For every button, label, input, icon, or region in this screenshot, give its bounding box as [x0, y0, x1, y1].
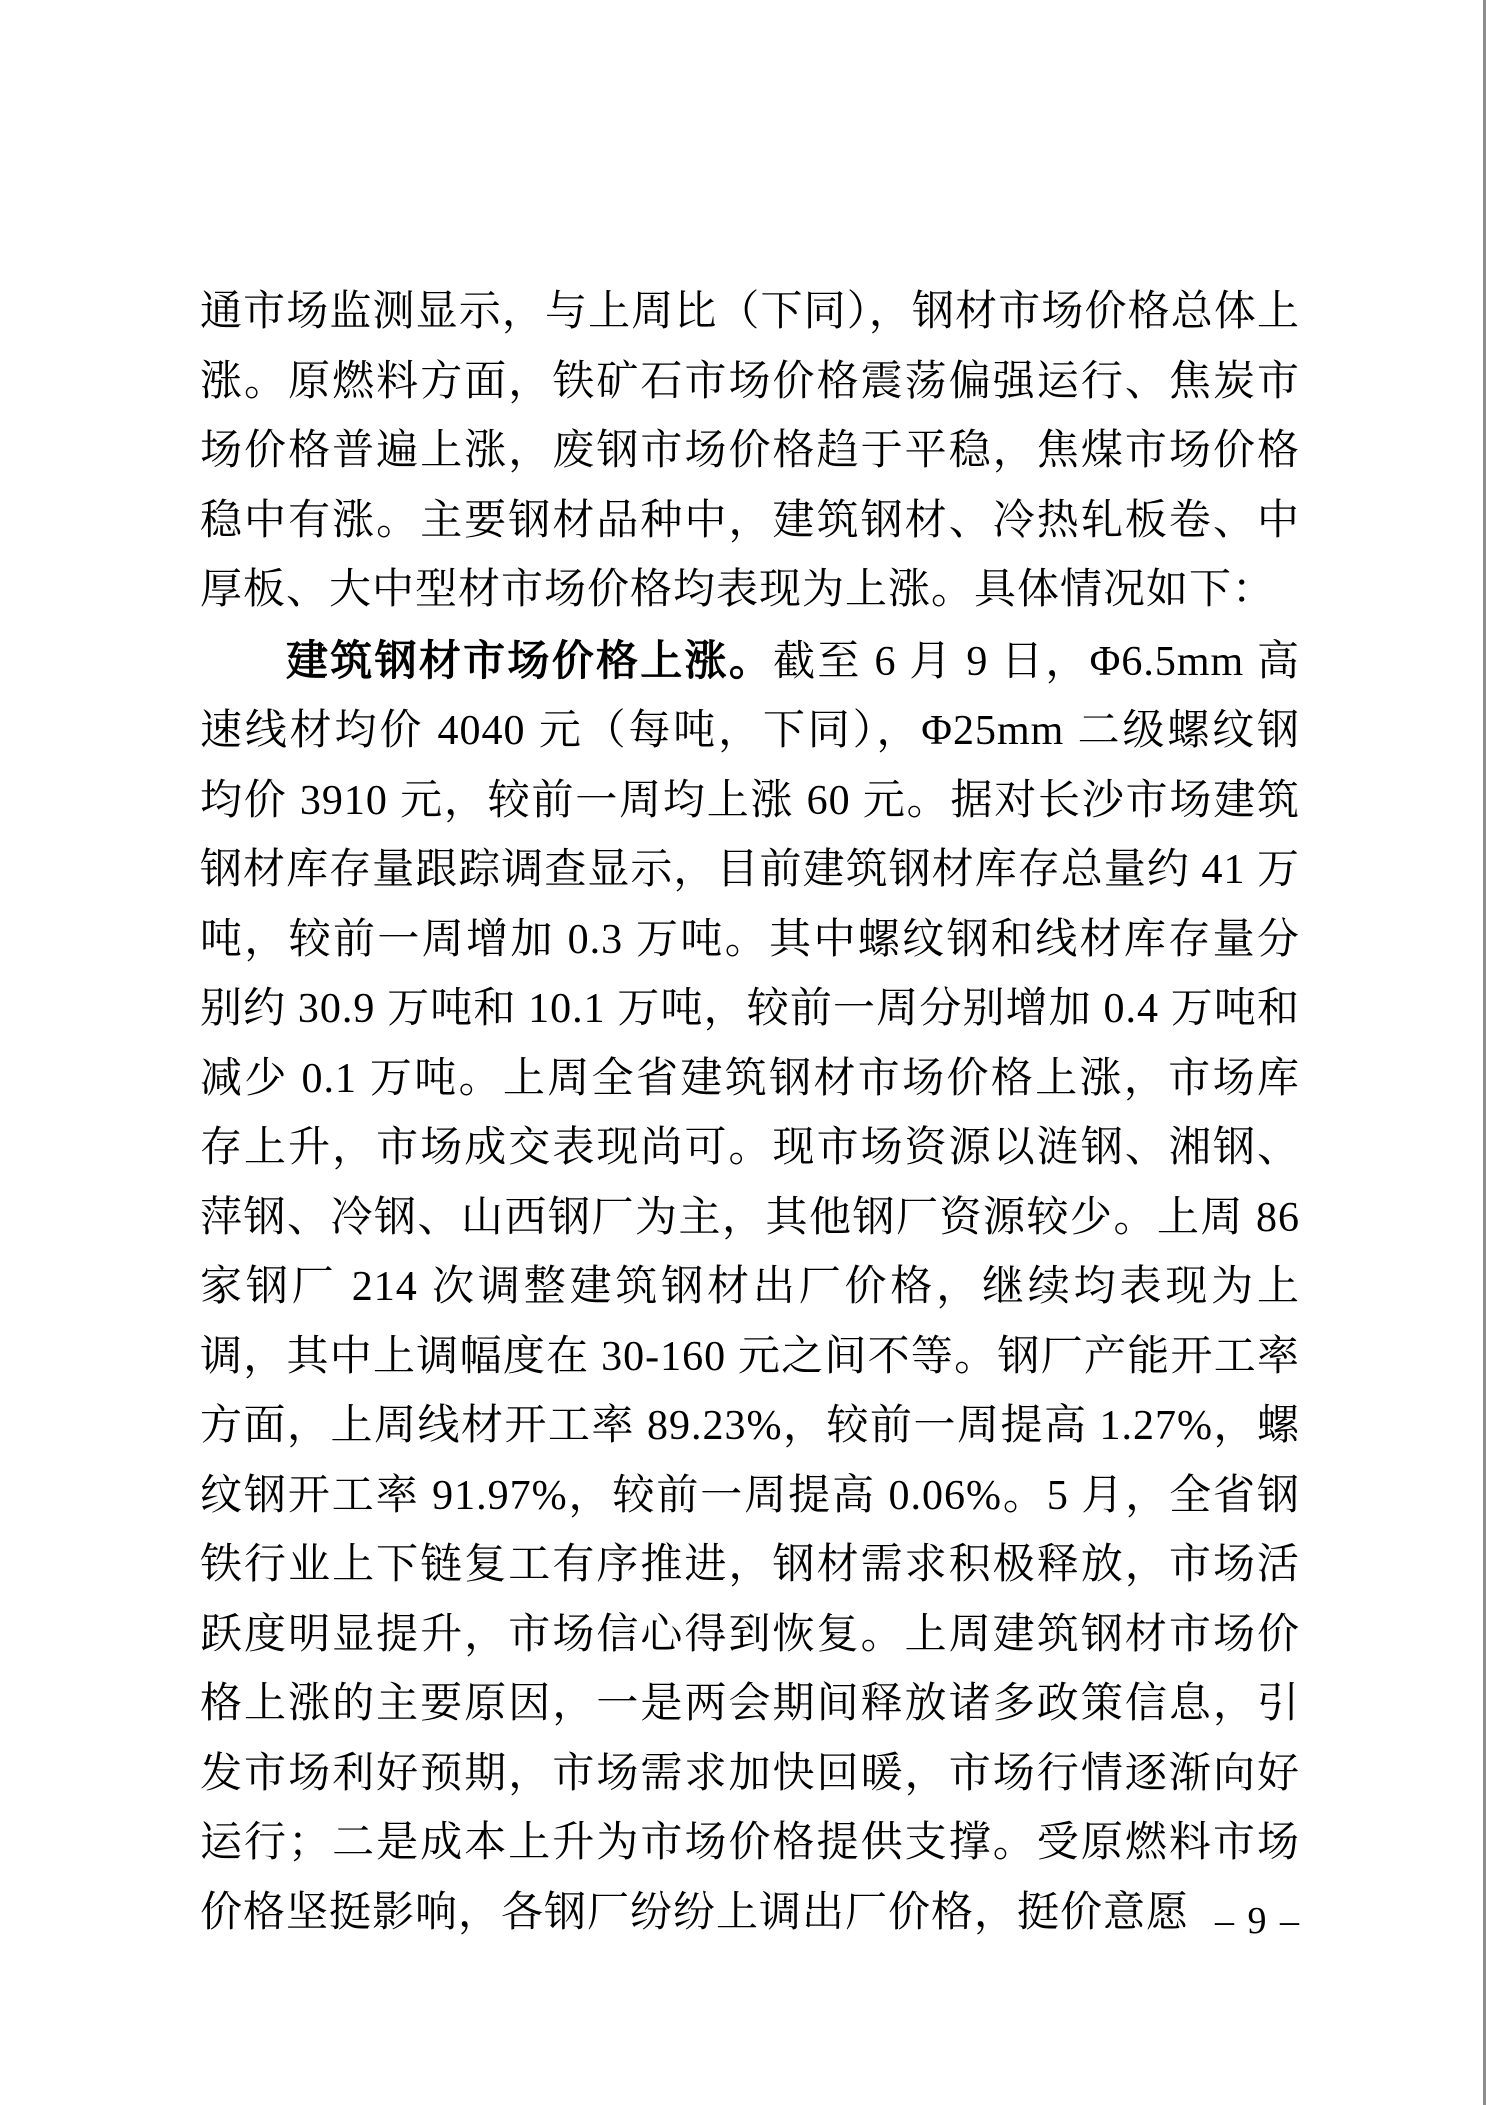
page-edge-line [1483, 0, 1486, 2105]
bold-lead: 建筑钢材市场价格上涨。 [286, 637, 773, 684]
paragraph-text: 截至 6 月 9 日，Φ6.5mm 高速线材均价 4040 元（每吨，下同），Φ… [200, 639, 1300, 1936]
paragraph-construction-steel: 建筑钢材市场价格上涨。截至 6 月 9 日，Φ6.5mm 高速线材均价 4040… [200, 626, 1300, 1949]
text-block: 通市场监测显示，与上周比（下同），钢材市场价格总体上涨。原燃料方面，铁矿石市场价… [200, 278, 1300, 1948]
document-page: 通市场监测显示，与上周比（下同），钢材市场价格总体上涨。原燃料方面，铁矿石市场价… [0, 0, 1488, 2105]
page-number: – 9 – [1215, 1896, 1301, 1946]
paragraph-continuation: 通市场监测显示，与上周比（下同），钢材市场价格总体上涨。原燃料方面，铁矿石市场价… [200, 278, 1300, 626]
